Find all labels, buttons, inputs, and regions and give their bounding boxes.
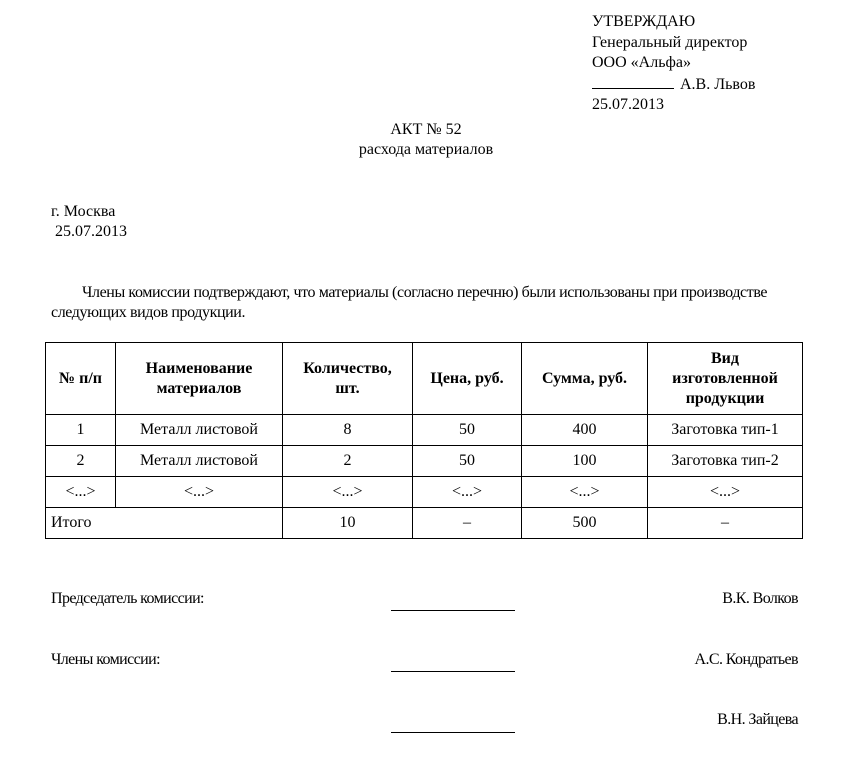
member1-name: А.С. Кондратьев [695, 650, 798, 670]
cell-price: <...> [413, 477, 522, 508]
approval-position: Генеральный директор [592, 33, 755, 54]
header-num: № п/п [46, 343, 116, 415]
total-label: Итого [46, 508, 283, 539]
header-sum: Сумма, руб. [522, 343, 648, 415]
cell-qty: 2 [283, 446, 413, 477]
header-price: Цена, руб. [413, 343, 522, 415]
cell-name: <...> [116, 477, 283, 508]
approval-block: УТВЕРЖДАЮ Генеральный директор ООО «Альф… [592, 12, 755, 116]
place-city: г. Москва [51, 202, 127, 222]
header-product: Вид изготовленной продукции [648, 343, 803, 415]
table-header-row: № п/п Наименование материалов Количество… [46, 343, 803, 415]
chairman-label: Председатель комиссии: [51, 589, 204, 609]
cell-qty: <...> [283, 477, 413, 508]
chairman-name: В.К. Волков [722, 589, 798, 609]
table-row: 2 Металл листовой 2 50 100 Заготовка тип… [46, 446, 803, 477]
approval-signature-row: А.В. Львов [592, 74, 755, 96]
cell-num: <...> [46, 477, 116, 508]
header-name: Наименование материалов [116, 343, 283, 415]
cell-sum: 100 [522, 446, 648, 477]
cell-product: Заготовка тип-2 [648, 446, 803, 477]
chairman-signature-line [391, 610, 515, 611]
approval-heading: УТВЕРЖДАЮ [592, 12, 755, 33]
cell-sum: <...> [522, 477, 648, 508]
cell-num: 2 [46, 446, 116, 477]
approval-company: ООО «Альфа» [592, 53, 755, 74]
act-title-block: АКТ № 52 расхода материалов [0, 120, 842, 160]
cell-product: Заготовка тип-1 [648, 415, 803, 446]
total-price: – [413, 508, 522, 539]
act-title: АКТ № 52 [0, 120, 842, 140]
table-row: <...> <...> <...> <...> <...> <...> [46, 477, 803, 508]
member1-signature-line [391, 671, 515, 672]
place-date: 25.07.2013 [51, 222, 127, 242]
member2-signature-line [391, 732, 515, 733]
cell-name: Металл листовой [116, 446, 283, 477]
cell-num: 1 [46, 415, 116, 446]
cell-sum: 400 [522, 415, 648, 446]
approval-signature-line [592, 74, 674, 89]
member2-name: В.Н. Зайцева [717, 710, 798, 730]
table-total-row: Итого 10 – 500 – [46, 508, 803, 539]
total-sum: 500 [522, 508, 648, 539]
cell-price: 50 [413, 446, 522, 477]
total-product: – [648, 508, 803, 539]
act-subtitle: расхода материалов [0, 140, 842, 160]
cell-product: <...> [648, 477, 803, 508]
cell-price: 50 [413, 415, 522, 446]
materials-table: № п/п Наименование материалов Количество… [45, 342, 803, 539]
cell-name: Металл листовой [116, 415, 283, 446]
total-qty: 10 [283, 508, 413, 539]
place-block: г. Москва 25.07.2013 [51, 202, 127, 242]
approval-date: 25.07.2013 [592, 95, 755, 116]
cell-qty: 8 [283, 415, 413, 446]
paragraph-text: Члены комиссии подтверждают, что материа… [51, 284, 767, 321]
approval-signer: А.В. Львов [680, 76, 755, 93]
header-qty: Количество, шт. [283, 343, 413, 415]
table-row: 1 Металл листовой 8 50 400 Заготовка тип… [46, 415, 803, 446]
members-label: Члены комиссии: [51, 650, 160, 670]
body-paragraph: Члены комиссии подтверждают, что материа… [51, 283, 811, 323]
